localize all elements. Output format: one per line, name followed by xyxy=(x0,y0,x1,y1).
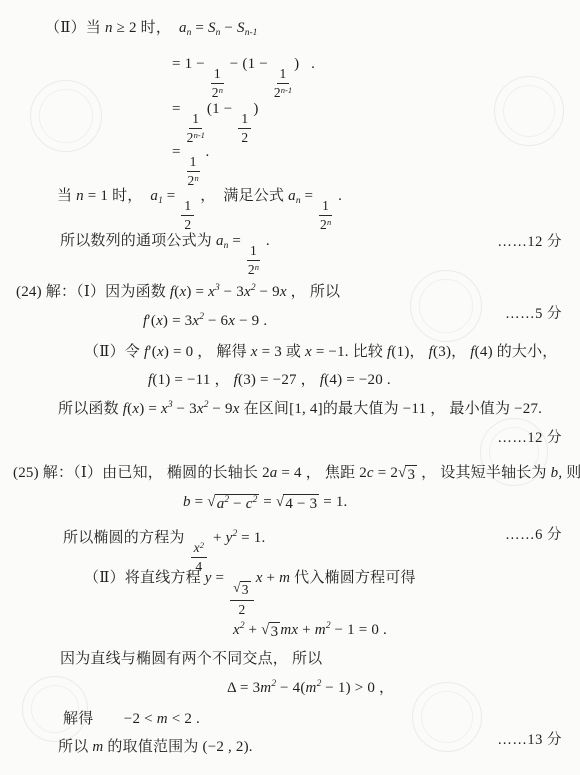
document-page: （Ⅱ）当 n ≥ 2 时， an = Sn − Sn-1= 1 − 12n − … xyxy=(0,0,580,775)
text-run: 2 xyxy=(238,602,245,617)
text-run: . xyxy=(334,188,342,204)
superscript: n xyxy=(255,262,259,272)
text-run: − 9 xyxy=(208,401,232,417)
fraction: 12n xyxy=(319,199,332,231)
text-run: ≥ 2 时， xyxy=(113,20,179,36)
text-run: = 1 时， xyxy=(84,188,151,204)
seq-case1: 当 n = 1 时， a1 = 12 ， 满足公式 an = 12n . xyxy=(57,186,342,231)
text-run: = xyxy=(228,233,245,249)
math-var: m xyxy=(260,680,271,696)
superscript: 2 xyxy=(253,495,258,505)
text-run: 2 xyxy=(274,85,281,100)
text-run: （Ⅱ）令 xyxy=(84,344,144,360)
text-run: (1)， xyxy=(391,344,428,360)
text-run: < 2 . xyxy=(168,711,200,727)
text-run: ) = 3 xyxy=(163,313,192,329)
fraction-denominator: 2n xyxy=(248,261,259,277)
text-run: = 1 − xyxy=(172,56,209,72)
fraction-denominator: 2 xyxy=(238,601,245,617)
text-run: − 9 . xyxy=(235,313,267,329)
text-run: ……5 分 xyxy=(505,306,562,322)
math-var: m xyxy=(279,570,290,586)
math-var: n xyxy=(105,20,113,36)
fraction: 12 xyxy=(181,199,194,231)
text-run: (1) = −11 ， xyxy=(152,372,233,388)
fraction: 12n-1 xyxy=(187,112,205,144)
text-run: 所以数列的通项公式为 xyxy=(60,233,216,249)
p25-discriminant: Δ = 3m2 − 4(m2 − 1) > 0 ， xyxy=(227,678,394,698)
text-run: = xyxy=(301,188,318,204)
superscript: n-1 xyxy=(281,85,292,95)
text-run: ……13 分 xyxy=(497,732,562,748)
text-run: 1 xyxy=(250,243,257,258)
radicand: 3 xyxy=(240,581,251,598)
text-run: 3 xyxy=(271,624,279,640)
text-run: = 3 或 xyxy=(258,344,305,360)
math-var: y xyxy=(205,570,212,586)
watermark-ring xyxy=(494,76,564,146)
fraction-numerator: 1 xyxy=(319,199,332,216)
superscript: 2 xyxy=(200,540,204,550)
p25-solve-m: 解得 −2 < m < 2 . xyxy=(63,709,200,729)
text-run: 的取值范围为 (−2 , 2). xyxy=(103,739,252,755)
radicand: 3 xyxy=(405,465,417,484)
text-run: 代入椭圆方程可得 xyxy=(290,570,416,586)
p25-two-points: 因为直线与椭圆有两个不同交点， 所以 xyxy=(60,649,322,669)
math-var: mx xyxy=(280,622,298,638)
math-var: m xyxy=(92,739,103,755)
p25-conclusion: 所以 m 的取值范围为 (−2 , 2). xyxy=(58,737,253,757)
math-var: m xyxy=(157,711,168,727)
p25-part2-head: （Ⅱ）将直线方程 y = √32x + m 代入椭圆方程可得 xyxy=(84,568,416,616)
superscript: n xyxy=(219,85,223,95)
fraction-denominator: 2 xyxy=(241,129,248,145)
math-var: b xyxy=(183,494,191,510)
text-run: 2 xyxy=(241,130,248,145)
fraction: 12 xyxy=(238,112,251,144)
p25-b-value: b = √a2 − c2 = √4 − 3 = 1. xyxy=(183,492,348,513)
text-run: 4 − 3 xyxy=(285,496,317,512)
text-run: ……6 分 xyxy=(505,527,562,543)
math-var: x xyxy=(233,622,240,638)
fraction-denominator: 2n xyxy=(188,172,199,188)
sqrt-radical: √3 xyxy=(398,465,417,484)
math-var: x xyxy=(256,570,263,586)
p25-ellipse-eq: 所以椭圆的方程为 x24 + y2 = 1. xyxy=(63,528,265,573)
text-run: 所以函数 xyxy=(58,401,123,417)
text-run: = 2 xyxy=(374,465,398,481)
text-run: ， 设其短半轴长为 xyxy=(417,465,550,481)
sqrt-radical: √a2 − c2 xyxy=(207,494,259,513)
fraction: 12n xyxy=(211,67,224,99)
seq-case2-head: （Ⅱ）当 n ≥ 2 时， an = Sn − Sn-1 xyxy=(45,18,257,39)
math-var: m xyxy=(315,622,326,638)
seq-conclusion: 所以数列的通项公式为 an = 12n . xyxy=(60,231,270,276)
p24-derivative: f′(x) = 3x2 − 6x − 9 . xyxy=(143,311,267,331)
fraction-numerator: 1 xyxy=(277,67,290,84)
text-run: （Ⅱ）将直线方程 xyxy=(84,570,205,586)
text-run: , 则 xyxy=(558,465,580,481)
fraction: 12n-1 xyxy=(274,67,292,99)
text-run: = xyxy=(172,101,185,117)
fraction: 12n xyxy=(247,244,260,276)
text-run: Δ = 3 xyxy=(227,680,260,696)
text-run: 2 xyxy=(184,217,191,232)
text-run: (24) 解：（Ⅰ）因为函数 xyxy=(16,284,170,300)
text-run: 1 xyxy=(184,198,191,213)
text-run: 2 xyxy=(212,85,219,100)
text-run: 所以 xyxy=(58,739,92,755)
text-run: − 6 xyxy=(204,313,228,329)
text-run: = xyxy=(212,570,229,586)
text-run: − 9 xyxy=(256,284,280,300)
text-run: = 4 ， 焦距 2 xyxy=(277,465,366,481)
math-var: a xyxy=(216,233,224,249)
math-var: a xyxy=(288,188,296,204)
text-run: 1 xyxy=(241,111,248,126)
p24-part1-head: (24) 解：（Ⅰ）因为函数 f(x) = x3 − 3x2 − 9x ， 所以 xyxy=(16,282,340,302)
radicand: 4 − 3 xyxy=(283,494,319,513)
text-run: （Ⅱ）当 xyxy=(45,20,105,36)
math-var: x xyxy=(233,401,240,417)
sqrt-radical: √3 xyxy=(233,581,251,598)
text-run: (4) 的大小， xyxy=(475,344,558,360)
score-13: ……13 分 xyxy=(497,731,562,751)
text-run: 所以椭圆的方程为 xyxy=(63,530,189,546)
math-var: x xyxy=(156,313,163,329)
math-var: x xyxy=(197,401,204,417)
text-run: ) = 0 ， 解得 xyxy=(164,344,251,360)
text-run: (25) 解：（Ⅰ）由已知， 椭圆的长轴长 2 xyxy=(13,465,270,481)
fraction-numerator: 1 xyxy=(211,67,224,84)
radicand: a2 − c2 xyxy=(215,494,260,513)
text-run: = xyxy=(259,494,276,510)
fraction-numerator: 1 xyxy=(247,244,260,261)
sqrt-radical: √4 − 3 xyxy=(276,494,319,513)
subscript: n-1 xyxy=(245,28,258,38)
seq-step-3: = 12n . xyxy=(172,142,209,187)
text-run: 当 xyxy=(57,188,76,204)
text-run: − 3 xyxy=(220,284,244,300)
text-run: . xyxy=(262,233,270,249)
text-run: = 1. xyxy=(237,530,265,546)
text-run: = −1. 比较 xyxy=(312,344,387,360)
score-12b: ……12 分 xyxy=(497,429,562,449)
text-run: − 1) > 0 ， xyxy=(321,680,394,696)
text-run: 3 xyxy=(407,467,415,483)
math-var: S xyxy=(237,20,245,36)
score-12a: ……12 分 xyxy=(497,233,562,253)
fraction-denominator: 2n xyxy=(320,216,331,232)
text-run: + xyxy=(298,622,315,638)
math-var: x xyxy=(305,344,312,360)
p25-part1-head: (25) 解：（Ⅰ）由已知， 椭圆的长轴长 2a = 4 ， 焦距 2c = 2… xyxy=(13,463,580,484)
text-run: 解得 −2 < xyxy=(63,711,157,727)
math-var: x xyxy=(251,344,258,360)
fraction-numerator: x2 xyxy=(191,541,207,558)
text-run: − xyxy=(229,496,246,512)
watermark-ring xyxy=(410,270,482,342)
superscript: n-1 xyxy=(194,130,205,140)
text-run: ， 满足公式 xyxy=(196,188,288,204)
fraction-numerator: 1 xyxy=(189,112,202,129)
radicand: 3 xyxy=(269,622,281,641)
fraction-numerator: √3 xyxy=(230,581,254,601)
text-run: 因为直线与椭圆有两个不同交点， 所以 xyxy=(60,651,322,667)
math-var: c xyxy=(367,465,374,481)
text-run: + xyxy=(263,570,280,586)
text-run: 2 xyxy=(248,262,255,277)
text-run: (3)， xyxy=(433,344,470,360)
text-run: ′( xyxy=(148,344,157,360)
text-run: ……12 分 xyxy=(497,430,562,446)
fraction-numerator: 1 xyxy=(181,199,194,216)
text-run: 3 xyxy=(242,582,249,597)
p24-conclusion: 所以函数 f(x) = x3 − 3x2 − 9x 在区间[1, 4]的最大值为… xyxy=(58,399,542,419)
text-run: ′( xyxy=(147,313,156,329)
p25-quadratic: x2 + √3mx + m2 − 1 = 0 . xyxy=(233,620,387,641)
sqrt-radical: √3 xyxy=(261,622,280,641)
score-5: ……5 分 xyxy=(505,305,562,325)
text-run: = xyxy=(191,494,208,510)
math-var: x xyxy=(157,344,164,360)
math-var: c xyxy=(246,496,253,512)
text-run: ) = xyxy=(139,401,161,417)
text-run: + xyxy=(245,622,262,638)
math-var: a xyxy=(179,20,187,36)
math-var: x xyxy=(280,284,287,300)
math-var: x xyxy=(161,401,168,417)
text-run: (1 − xyxy=(207,101,236,117)
text-run: (3) = −27 ， xyxy=(238,372,320,388)
text-run: 1 xyxy=(190,154,197,169)
text-run: (4) = −20 . xyxy=(324,372,391,388)
watermark-ring xyxy=(412,682,482,752)
seq-step-2: = 12n-1(1 − 12) xyxy=(172,99,259,144)
text-run: − xyxy=(220,20,237,36)
text-run: − (1 − xyxy=(226,56,272,72)
text-run: − 3 xyxy=(173,401,197,417)
text-run: = xyxy=(172,144,185,160)
score-6: ……6 分 xyxy=(505,526,562,546)
math-var: x xyxy=(208,284,215,300)
text-run: = xyxy=(163,188,180,204)
math-var: x xyxy=(244,284,251,300)
text-run: − 1 = 0 . xyxy=(331,622,387,638)
fraction: √32 xyxy=(230,581,254,616)
text-run: 1 xyxy=(280,66,287,81)
fraction-numerator: 1 xyxy=(238,112,251,129)
text-run: ……12 分 xyxy=(497,234,562,250)
fraction: 12n xyxy=(187,155,200,187)
text-run: ) . xyxy=(294,56,315,72)
text-run: 1 xyxy=(192,111,199,126)
fraction-denominator: 2n xyxy=(212,84,223,100)
text-run: ) = xyxy=(186,284,208,300)
text-run: 1 xyxy=(322,198,329,213)
watermark-ring xyxy=(30,80,102,152)
fraction-denominator: 2 xyxy=(184,216,191,232)
math-var: a xyxy=(150,188,158,204)
text-run: ) xyxy=(253,101,258,117)
text-run: . xyxy=(202,144,210,160)
superscript: n xyxy=(327,217,331,227)
text-run: 在区间[1, 4]的最大值为 −11 ， 最小值为 −27. xyxy=(240,401,543,417)
text-run: 1 xyxy=(214,66,221,81)
fraction-denominator: 2n-1 xyxy=(274,84,292,100)
text-run: − 4( xyxy=(276,680,305,696)
math-var: n xyxy=(76,188,84,204)
superscript: n xyxy=(194,173,198,183)
text-run: = xyxy=(191,20,208,36)
text-run: 2 xyxy=(320,217,327,232)
fraction-numerator: 1 xyxy=(187,155,200,172)
text-run: ， 所以 xyxy=(287,284,341,300)
text-run: + xyxy=(209,530,226,546)
text-run: = 1. xyxy=(319,494,347,510)
math-var: S xyxy=(208,20,216,36)
seq-step-1: = 1 − 12n − (1 − 12n-1) . xyxy=(172,54,315,99)
p24-values: f(1) = −11 ， f(3) = −27 ， f(4) = −20 . xyxy=(148,370,391,390)
p24-part2-head: （Ⅱ）令 f′(x) = 0 ， 解得 x = 3 或 x = −1. 比较 f… xyxy=(84,342,558,362)
math-var: m xyxy=(306,680,317,696)
